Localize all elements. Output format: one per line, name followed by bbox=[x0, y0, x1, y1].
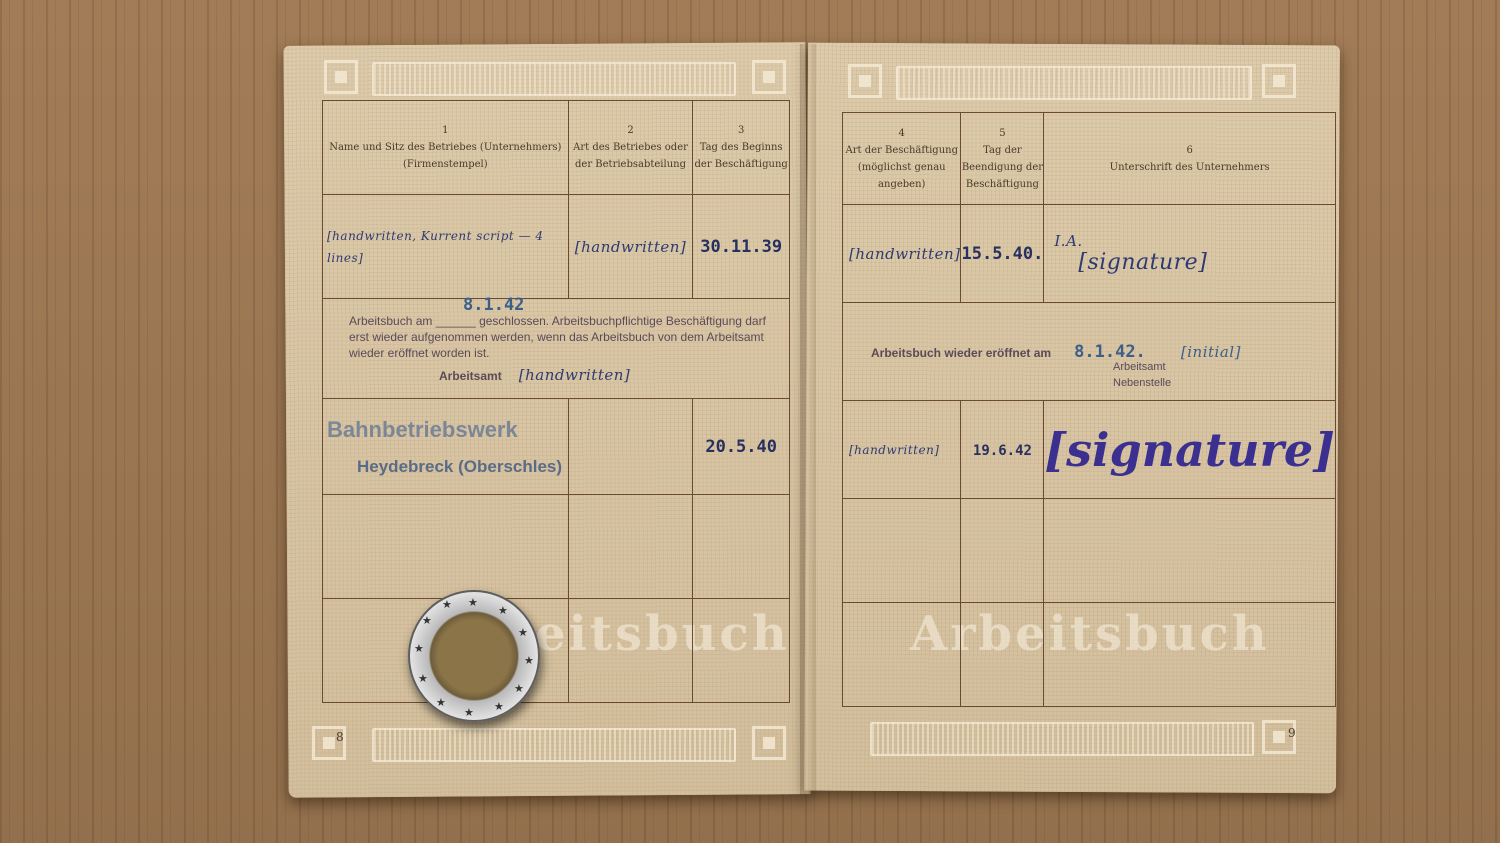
signature-prefix: I.A. bbox=[1054, 232, 1335, 250]
end-date: 15.5.40. bbox=[961, 244, 1043, 264]
book-spine bbox=[800, 44, 816, 796]
column-header-1: 1 Name und Sitz des Betriebes (Unternehm… bbox=[323, 101, 569, 195]
start-date: 20.5.40 bbox=[705, 437, 777, 457]
corner-ornament bbox=[752, 726, 786, 760]
table-row bbox=[323, 599, 790, 703]
column-header-6: 6 Unterschrift des Unternehmers bbox=[1044, 113, 1336, 205]
start-date: 30.11.39 bbox=[700, 237, 782, 257]
corner-ornament bbox=[848, 64, 882, 98]
left-employment-table: 1 Name und Sitz des Betriebes (Unternehm… bbox=[322, 100, 790, 703]
table-row: Arbeitsbuch am ______ geschlossen. Arbei… bbox=[323, 299, 790, 399]
employer-handwriting: [handwritten, Kurrent script — 4 lines] bbox=[327, 229, 544, 265]
table-row bbox=[843, 499, 1336, 603]
page-number-left: 8 bbox=[336, 730, 344, 744]
column-header-4: 4 Art der Beschäftigung (möglichst genau… bbox=[843, 113, 961, 205]
coin: ★ ★ ★ ★ ★ ★ ★ ★ ★ ★ ★ ★ bbox=[408, 590, 540, 722]
employer-signature: [signature] bbox=[1044, 423, 1335, 477]
page-number-right: 9 bbox=[1288, 726, 1296, 740]
table-row: [handwritten] 19.6.42 [signature] bbox=[843, 401, 1336, 499]
table-row: [handwritten] 15.5.40. I.A. [signature] bbox=[843, 205, 1336, 303]
job-type-handwriting: [handwritten] bbox=[849, 443, 939, 457]
end-date: 19.6.42 bbox=[973, 443, 1032, 459]
table-row: Arbeitsbuch wieder eröffnet am 8.1.42. [… bbox=[843, 303, 1336, 401]
branch-office-stamp: Arbeitsamt Nebenstelle bbox=[1113, 359, 1203, 391]
top-border-band-left bbox=[372, 62, 736, 96]
bottom-border-band-left bbox=[372, 728, 736, 762]
reopening-stamp: Arbeitsbuch wieder eröffnet am bbox=[871, 346, 1051, 360]
employer-signature: [signature] bbox=[1078, 250, 1335, 275]
labor-office-signature: [handwritten] bbox=[519, 366, 630, 384]
table-row: [handwritten, Kurrent script — 4 lines] … bbox=[323, 195, 790, 299]
closure-stamp: Arbeitsbuch am ______ geschlossen. Arbei… bbox=[349, 313, 781, 361]
column-header-5: 5 Tag der Beendigung der Beschäftigung bbox=[961, 113, 1044, 205]
table-row bbox=[323, 495, 790, 599]
top-border-band-right bbox=[896, 66, 1252, 100]
corner-ornament bbox=[752, 60, 786, 94]
labor-office-label: Arbeitsamt bbox=[439, 369, 502, 383]
business-type-handwriting: [handwritten] bbox=[575, 238, 686, 256]
corner-ornament bbox=[324, 60, 358, 94]
right-employment-table: 4 Art der Beschäftigung (möglichst genau… bbox=[842, 112, 1336, 707]
employer-stamp-line1: Bahnbetriebswerk bbox=[327, 417, 568, 443]
employer-stamp-line2: Heydebreck (Oberschles) bbox=[357, 457, 568, 477]
job-type-handwriting: [handwritten] bbox=[849, 245, 960, 263]
bottom-border-band-right bbox=[870, 722, 1254, 756]
table-row: Bahnbetriebswerk Heydebreck (Oberschles)… bbox=[323, 399, 790, 495]
closure-date: 8.1.42 bbox=[463, 295, 524, 315]
table-row bbox=[843, 603, 1336, 707]
corner-ornament bbox=[1262, 64, 1296, 98]
reopening-initial: [initial] bbox=[1181, 343, 1241, 361]
column-header-3: 3 Tag des Beginns der Beschäftigung bbox=[693, 101, 790, 195]
column-header-2: 2 Art des Betriebes oder der Betriebsabt… bbox=[568, 101, 693, 195]
